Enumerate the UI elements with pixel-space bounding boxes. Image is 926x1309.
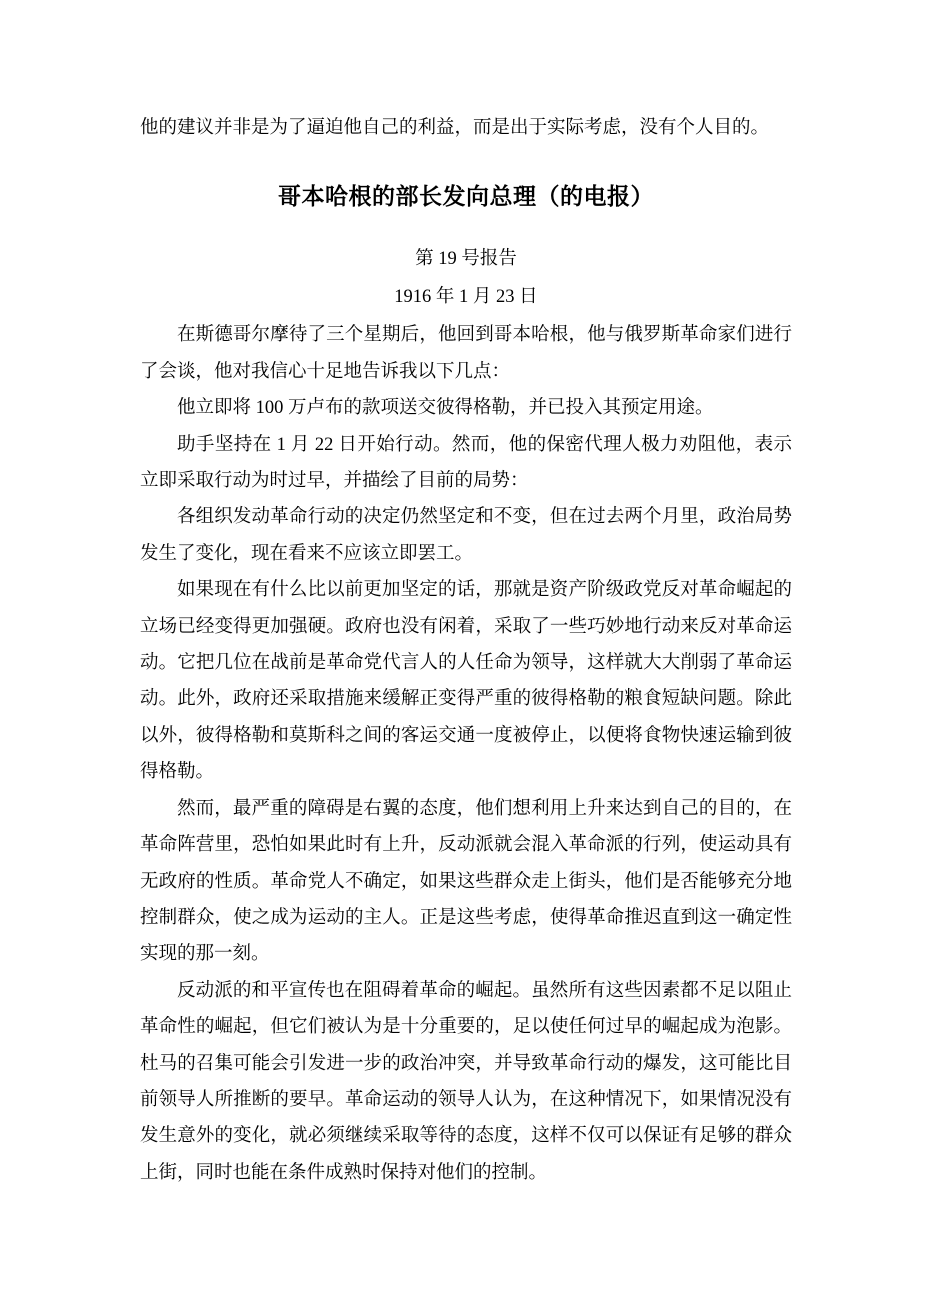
body-paragraph: 助手坚持在 1 月 22 日开始行动。然而，他的保密代理人极力劝阻他，表示立即采… [140,427,792,500]
body-paragraph: 如果现在有什么比以前更加坚定的话，那就是资产阶级政党反对革命崛起的立场已经变得更… [140,572,792,790]
document-content: 他的建议并非是为了逼迫他自己的利益，而是出于实际考虑，没有个人目的。 哥本哈根的… [140,110,792,1191]
body-paragraph: 他立即将 100 万卢布的款项送交彼得格勒，并已投入其预定用途。 [140,390,792,426]
report-number-line: 第 19 号报告 [140,240,792,278]
body-paragraph: 然而，最严重的障碍是右翼的态度，他们想利用上升来达到自己的目的，在革命阵营里，恐… [140,791,792,973]
body-paragraph: 各组织发动革命行动的决定仍然坚定和不变，但在过去两个月里，政治局势发生了变化，现… [140,499,792,572]
body-paragraphs: 在斯德哥尔摩待了三个星期后，他回到哥本哈根，他与俄罗斯革命家们进行了会谈，他对我… [140,317,792,1191]
body-paragraph: 在斯德哥尔摩待了三个星期后，他回到哥本哈根，他与俄罗斯革命家们进行了会谈，他对我… [140,317,792,390]
report-date-line: 1916 年 1 月 23 日 [140,278,792,316]
body-paragraph: 反动派的和平宣传也在阻碍着革命的崛起。虽然所有这些因素都不足以阻止革命性的崛起，… [140,973,792,1191]
document-page: 他的建议并非是为了逼迫他自己的利益，而是出于实际考虑，没有个人目的。 哥本哈根的… [0,0,926,1309]
opening-paragraph: 他的建议并非是为了逼迫他自己的利益，而是出于实际考虑，没有个人目的。 [140,110,792,146]
document-title: 哥本哈根的部长发向总理（的电报） [140,177,792,215]
